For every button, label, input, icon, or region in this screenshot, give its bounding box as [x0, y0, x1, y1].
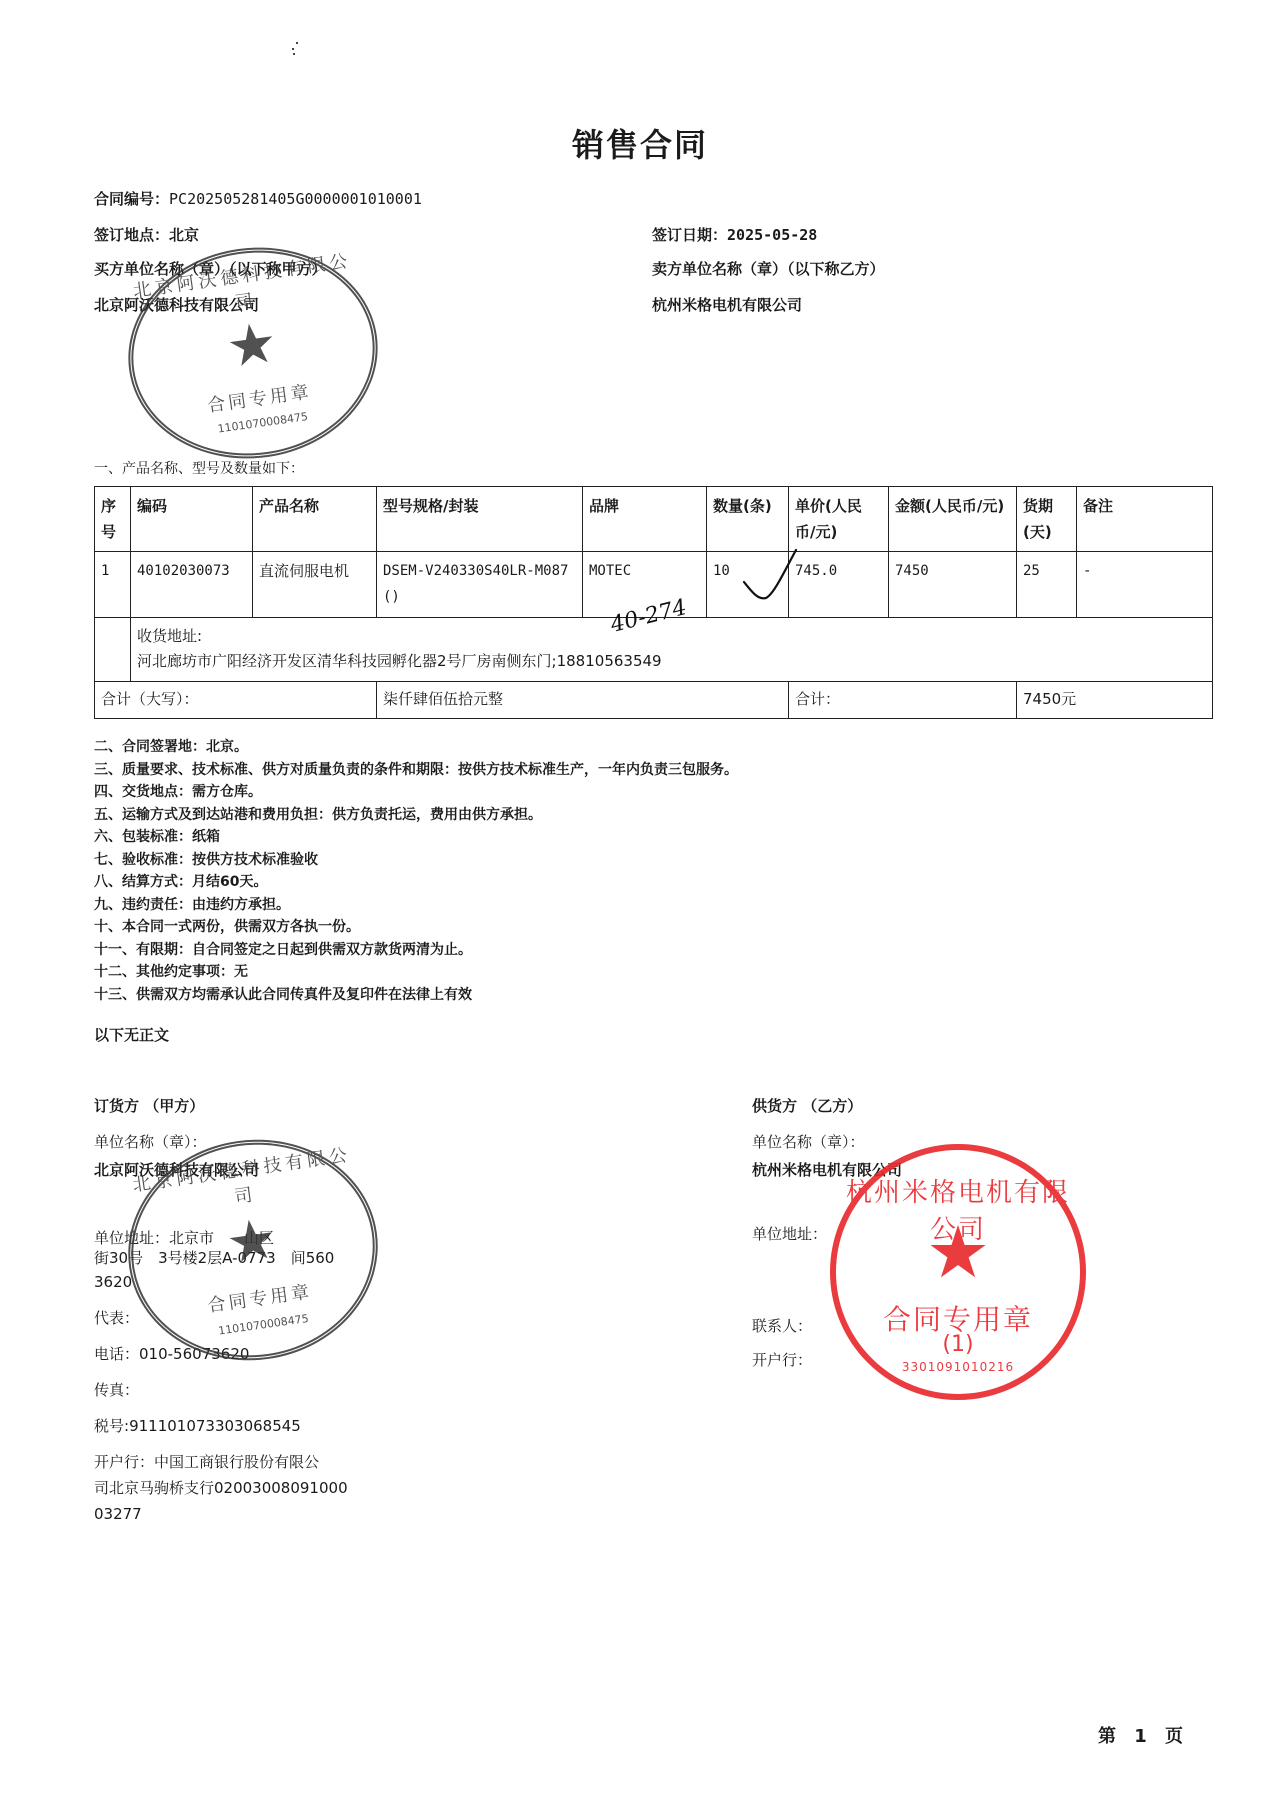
sign-place: 签订地点：北京: [94, 224, 199, 245]
cell-lead-time: 25: [1017, 552, 1077, 618]
cell-model: DSEM-V240330S40LR-M087(): [377, 552, 583, 618]
seller-label: 卖方单位名称（章）（以下称乙方）: [652, 258, 885, 279]
header-model: 型号规格/封装: [377, 487, 583, 552]
cell-unit-price: 745.0: [789, 552, 889, 618]
term-item: 七、验收标准：按供方技术标准验收: [94, 849, 738, 872]
closing-note: 以下无正文: [94, 1024, 169, 1045]
total-value: 7450元: [1017, 682, 1213, 719]
header-seq: 序号: [95, 487, 131, 552]
term-item: 九、违约责任：由违约方承担。: [94, 894, 738, 917]
contract-number: 合同编号：PC202505281405G0000001010001: [94, 188, 422, 209]
terms-list: 二、合同签署地：北京。 三、质量要求、技术标准、供方对质量负责的条件和期限：按供…: [94, 736, 738, 1006]
header-code: 编码: [131, 487, 253, 552]
section1-heading: 一、产品名称、型号及数量如下：: [94, 458, 304, 478]
cell-seq: 1: [95, 552, 131, 618]
delivery-address-label: 收货地址:: [137, 624, 1206, 649]
header-unit-price: 单价(人民币/元): [789, 487, 889, 552]
star-icon: ★: [836, 1212, 1080, 1292]
header-amount: 金额(人民币/元): [889, 487, 1017, 552]
seller-stamp: 杭州米格电机有限公司 ★ 合同专用章 (1) 3301091010216: [830, 1144, 1086, 1400]
term-item: 五、运输方式及到达站港和费用负担：供方负责托运，费用由供方承担。: [94, 804, 738, 827]
term-item: 二、合同签署地：北京。: [94, 736, 738, 759]
delivery-address-cell: 收货地址: 河北廊坊市广阳经济开发区清华科技园孵化器2号厂房南侧东门;18810…: [131, 618, 1213, 682]
table-header-row: 序号 编码 产品名称 型号规格/封装 品牌 数量(条) 单价(人民币/元) 金额…: [95, 487, 1213, 552]
buyer-tax: 税号:911101073303068545: [94, 1416, 348, 1452]
page-number: 第 1 页: [1098, 1722, 1189, 1748]
total-label: 合计：: [789, 682, 1017, 719]
sign-date: 签订日期：2025-05-28: [652, 224, 817, 245]
cell-code: 40102030073: [131, 552, 253, 618]
header-product-name: 产品名称: [253, 487, 377, 552]
scan-specks: [290, 42, 300, 56]
term-item: 八、结算方式：月结60天。: [94, 871, 738, 894]
header-lead-time: 货期(天): [1017, 487, 1077, 552]
document-title: 销售合同: [0, 120, 1280, 166]
term-item: 十、本合同一式两份，供需双方各执一份。: [94, 916, 738, 939]
term-item: 十二、其他约定事项：无: [94, 961, 738, 984]
term-item: 十一、有限期：自合同签定之日起到供需双方款货两清为止。: [94, 939, 738, 962]
header-brand: 品牌: [583, 487, 707, 552]
term-item: 六、包装标准：纸箱: [94, 826, 738, 849]
header-quantity: 数量(条): [707, 487, 789, 552]
term-item: 四、交货地点：需方仓库。: [94, 781, 738, 804]
contract-number-value: PC202505281405G0000001010001: [169, 190, 422, 208]
cell-amount: 7450: [889, 552, 1017, 618]
term-item: 三、质量要求、技术标准、供方对质量负责的条件和期限：按供方技术标准生产，一年内负…: [94, 759, 738, 782]
term-item: 十三、供需双方均需承认此合同传真件及复印件在法律上有效: [94, 984, 738, 1007]
buyer-bank: 开户行：中国工商银行股份有限公: [94, 1452, 348, 1472]
total-upper-label: 合计（大写）：: [95, 682, 377, 719]
buyer-fax: 传真：: [94, 1380, 348, 1416]
handwritten-checkmark-icon: [740, 548, 800, 604]
total-row: 合计（大写）： 柒仟肆佰伍拾元整 合计： 7450元: [95, 682, 1213, 719]
cell-product-name: 直流伺服电机: [253, 552, 377, 618]
cell-remark: -: [1077, 552, 1213, 618]
seller-unit-label: 单位名称（章）：: [752, 1132, 902, 1160]
seller-name: 杭州米格电机有限公司: [652, 294, 802, 315]
delivery-address: 河北廊坊市广阳经济开发区清华科技园孵化器2号厂房南侧东门;18810563549: [137, 649, 1206, 674]
total-upper-value: 柒仟肆佰伍拾元整: [377, 682, 789, 719]
seller-heading: 供货方 （乙方）: [752, 1096, 902, 1132]
buyer-heading: 订货方 （甲方）: [94, 1096, 348, 1132]
header-remark: 备注: [1077, 487, 1213, 552]
